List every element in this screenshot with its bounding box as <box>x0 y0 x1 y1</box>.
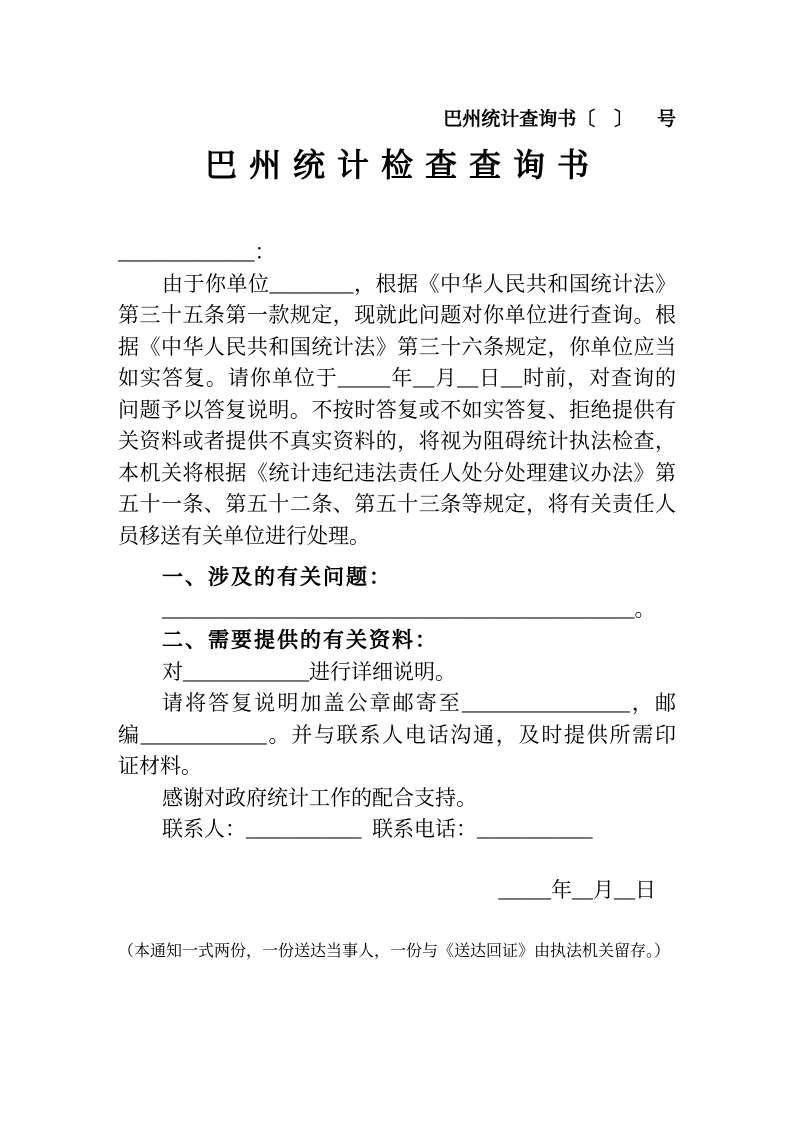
body-line: 据《中华人民共和国统计法》第三十六条规定，你单位应当 <box>118 332 676 364</box>
contacts-line: 联系人：___________ 联系电话：___________ <box>118 814 676 846</box>
body-line: 关资料或者提供不真实资料的，将视为阻碍统计执法检查， <box>118 426 676 458</box>
body-line: 第三十五条第一款规定，现就此问题对你单位进行查询。根 <box>118 300 676 332</box>
body-line: 员移送有关单位进行处理。 <box>118 521 676 553</box>
thanks-line: 感谢对政府统计工作的配合支持。 <box>118 783 676 815</box>
document-title: 巴州统计检查查询书 <box>118 142 676 188</box>
section1-heading: 一、涉及的有关问题： <box>118 562 676 594</box>
document-page: 巴州统计查询书〔 〕 号 巴州统计检查查询书 _____________： 由于… <box>0 0 793 1122</box>
section1-answer-line: ________________________________________… <box>118 594 676 626</box>
section2-line: 编____________。并与联系人电话沟通，及时提供所需印 <box>118 720 676 752</box>
body-line: 问题予以答复说明。不按时答复或不如实答复、拒绝提供有 <box>118 395 676 427</box>
body-line: 五十一条、第五十二条、第五十三条等规定，将有关责任人 <box>118 489 676 521</box>
salutation-line: _____________： <box>118 237 676 269</box>
section2-line: 证材料。 <box>118 751 676 783</box>
body-line: 如实答复。请你单位于_____年__月__日__时前，对查询的 <box>118 363 676 395</box>
footer-note: （本通知一式两份，一份送达当事人，一份与《送达回证》由执法机关留存。） <box>118 940 676 964</box>
doc-number-line: 巴州统计查询书〔 〕 号 <box>118 108 676 132</box>
document-body: _____________： 由于你单位________，根据《中华人民共和国统… <box>118 237 676 846</box>
body-line: 由于你单位________，根据《中华人民共和国统计法》 <box>118 269 676 301</box>
date-line: _____年__月__日 <box>118 874 676 906</box>
section2-line: 对____________进行详细说明。 <box>118 657 676 689</box>
section2-heading: 二、需要提供的有关资料： <box>118 625 676 657</box>
body-line: 本机关将根据《统计违纪违法责任人处分处理建议办法》第 <box>118 458 676 490</box>
section2-line: 请将答复说明加盖公章邮寄至________________，邮 <box>118 688 676 720</box>
